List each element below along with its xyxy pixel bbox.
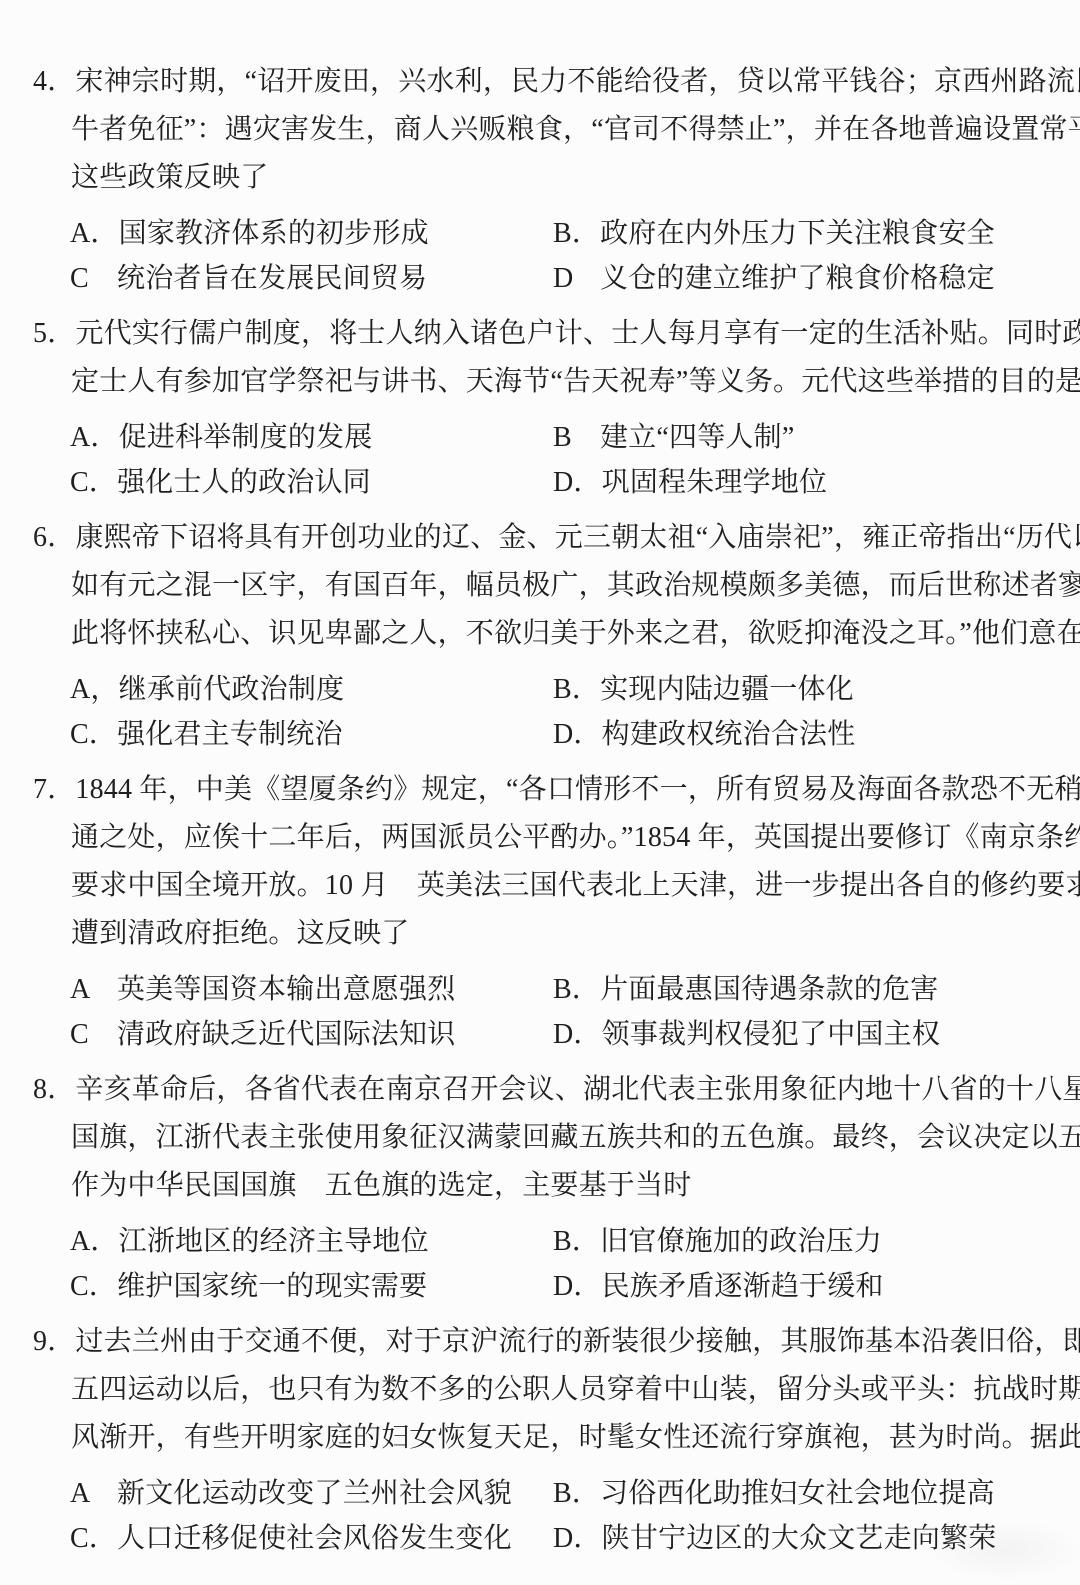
option-row: C统治者旨在发展民间贸易D义仓的建立维护了粮食价格稳定 bbox=[33, 253, 1052, 298]
option-B: B．旧官僚施加的政治压力 bbox=[553, 1219, 882, 1259]
option-label: D． bbox=[553, 1264, 602, 1304]
option-text: 人口迁移促使社会风俗发生变化 bbox=[117, 1523, 512, 1554]
option-row: A，继承前代政治制度B．实现内陆边疆一体化 bbox=[33, 664, 1052, 709]
question-stem-line: 7．1844 年，中美《望厦条约》规定，“各口情形不一，所有贸易及海面各款恐不无… bbox=[33, 766, 1052, 814]
option-C: C．强化士人的政治认同 bbox=[70, 460, 553, 500]
option-label: C bbox=[70, 263, 117, 295]
option-text: 建立“四等人制” bbox=[600, 422, 794, 453]
option-label: C． bbox=[70, 460, 117, 500]
option-label: D． bbox=[553, 1516, 602, 1556]
option-row: A．促进科举制度的发展B建立“四等人制” bbox=[33, 412, 1052, 457]
option-text: 习俗西化助推妇女社会地位提高 bbox=[600, 1478, 995, 1509]
question-9: 9．过去兰州由于交通不便，对于京沪流行的新装很少接触，其服饰基本沿袭旧俗，即使在… bbox=[33, 1318, 1052, 1558]
option-D: D．民族矛盾逐渐趋于缓和 bbox=[553, 1264, 884, 1304]
option-B: B建立“四等人制” bbox=[553, 415, 794, 455]
option-row: C．强化士人的政治认同D．巩固程朱理学地位 bbox=[33, 457, 1052, 502]
question-4: 4．宋神宗时期，“诏开废田，兴水利，民力不能给役者，贷以常平钱谷；京西州路流民买… bbox=[33, 58, 1052, 298]
question-stem-line: 如有元之混一区宇，有国百年，幅员极广，其政治规模颇多美德，而后世称述者寥寥…… bbox=[33, 562, 1052, 610]
exam-page: 4．宋神宗时期，“诏开废田，兴水利，民力不能给役者，贷以常平钱谷；京西州路流民买… bbox=[0, 0, 1080, 1585]
option-row: A新文化运动改变了兰州社会风貌B．习俗西化助推妇女社会地位提高 bbox=[33, 1468, 1052, 1513]
option-D: D．领事裁判权侵犯了中国主权 bbox=[553, 1012, 940, 1052]
question-stem-line: 6．康熙帝下诏将具有开创功业的辽、金、元三朝太祖“入庙崇祀”，雍正帝指出“历代以… bbox=[33, 514, 1052, 562]
option-D: D．构建政权统治合法性 bbox=[553, 712, 855, 752]
question-stem-line: 4．宋神宗时期，“诏开废田，兴水利，民力不能给役者，贷以常平钱谷；京西州路流民买… bbox=[33, 58, 1052, 106]
option-A: A．国家教济体系的初步形成 bbox=[70, 211, 553, 251]
option-B: B．片面最惠国待遇条款的危害 bbox=[553, 967, 938, 1007]
question-stem-line: 五四运动以后，也只有为数不多的公职人员穿着中山装，留分头或平头：抗战时期，民 bbox=[33, 1366, 1052, 1414]
option-text: 旧官僚施加的政治压力 bbox=[600, 1226, 882, 1257]
question-stem-line: 这些政策反映了 bbox=[33, 154, 1052, 202]
option-label: B bbox=[553, 422, 600, 454]
question-stem-line: 9．过去兰州由于交通不便，对于京沪流行的新装很少接触，其服饰基本沿袭旧俗，即使在 bbox=[33, 1318, 1052, 1366]
option-text: 清政府缺乏近代国际法知识 bbox=[117, 1019, 455, 1050]
option-label: A， bbox=[70, 667, 119, 707]
option-text: 江浙地区的经济主导地位 bbox=[119, 1226, 429, 1257]
option-text: 统治者旨在发展民间贸易 bbox=[117, 263, 427, 294]
question-stem-text: 1844 年，中美《望厦条约》规定，“各口情形不一，所有贸易及海面各款恐不无稍有… bbox=[75, 774, 1080, 805]
question-number: 9． bbox=[33, 1318, 75, 1366]
option-text: 巩固程朱理学地位 bbox=[602, 467, 828, 498]
question-number: 7． bbox=[33, 766, 75, 814]
options-group: A．促进科举制度的发展B建立“四等人制”C．强化士人的政治认同D．巩固程朱理学地… bbox=[33, 412, 1052, 502]
option-A: A新文化运动改变了兰州社会风貌 bbox=[70, 1471, 553, 1511]
option-row: C．维护国家统一的现实需要D．民族矛盾逐渐趋于缓和 bbox=[33, 1261, 1052, 1306]
option-row: C．强化君主专制统治D．构建政权统治合法性 bbox=[33, 709, 1052, 754]
option-label: D． bbox=[553, 460, 602, 500]
question-number: 8． bbox=[33, 1066, 75, 1114]
question-number: 4． bbox=[33, 58, 75, 106]
question-stem-text: 宋神宗时期，“诏开废田，兴水利，民力不能给役者，贷以常平钱谷；京西州路流民买耕 bbox=[75, 66, 1080, 97]
question-stem-line: 牛者免征”：遇灾害发生，商人兴贩粮食，“官司不得禁止”，并在各地普遍设置常平仓， bbox=[33, 106, 1052, 154]
option-text: 继承前代政治制度 bbox=[119, 674, 345, 705]
option-label: D． bbox=[553, 712, 602, 752]
question-stem-line: 此将怀挟私心、识见卑鄙之人，不欲归美于外来之君，欲贬抑淹没之耳。”他们意在 bbox=[33, 610, 1052, 658]
option-text: 强化君主专制统治 bbox=[117, 719, 343, 750]
option-row: C清政府缺乏近代国际法知识D．领事裁判权侵犯了中国主权 bbox=[33, 1009, 1052, 1054]
option-row: A．国家教济体系的初步形成B．政府在内外压力下关注粮食安全 bbox=[33, 208, 1052, 253]
question-5: 5．元代实行儒户制度，将士人纳入诸色户计、士人每月享有一定的生活补贴。同时政府规… bbox=[33, 310, 1052, 502]
option-C: C清政府缺乏近代国际法知识 bbox=[70, 1012, 553, 1052]
question-stem-line: 5．元代实行儒户制度，将士人纳入诸色户计、士人每月享有一定的生活补贴。同时政府规 bbox=[33, 310, 1052, 358]
question-stem-text: 元代实行儒户制度，将士人纳入诸色户计、士人每月享有一定的生活补贴。同时政府规 bbox=[75, 318, 1080, 349]
option-A: A．江浙地区的经济主导地位 bbox=[70, 1219, 553, 1259]
question-6: 6．康熙帝下诏将具有开创功业的辽、金、元三朝太祖“入庙崇祀”，雍正帝指出“历代以… bbox=[33, 514, 1052, 754]
option-text: 构建政权统治合法性 bbox=[602, 719, 856, 750]
question-stem-text: 康熙帝下诏将具有开创功业的辽、金、元三朝太祖“入庙崇祀”，雍正帝指出“历代以来， bbox=[75, 522, 1080, 553]
option-label: D bbox=[553, 263, 600, 295]
question-list: 4．宋神宗时期，“诏开废田，兴水利，民力不能给役者，贷以常平钱谷；京西州路流民买… bbox=[33, 58, 1052, 1558]
question-8: 8．辛亥革命后，各省代表在南京召开会议、湖北代表主张用象征内地十八省的十八星旗作… bbox=[33, 1066, 1052, 1306]
option-label: A． bbox=[70, 211, 119, 251]
option-text: 民族矛盾逐渐趋于缓和 bbox=[602, 1271, 884, 1302]
option-label: C bbox=[70, 1019, 117, 1051]
question-stem-text: 辛亥革命后，各省代表在南京召开会议、湖北代表主张用象征内地十八省的十八星旗作为 bbox=[75, 1074, 1080, 1105]
option-text: 新文化运动改变了兰州社会风貌 bbox=[117, 1478, 512, 1509]
options-group: A．国家教济体系的初步形成B．政府在内外压力下关注粮食安全C统治者旨在发展民间贸… bbox=[33, 208, 1052, 298]
option-text: 维护国家统一的现实需要 bbox=[117, 1271, 427, 1302]
option-label: B． bbox=[553, 1471, 600, 1511]
option-A: A．促进科举制度的发展 bbox=[70, 415, 553, 455]
options-group: A新文化运动改变了兰州社会风貌B．习俗西化助推妇女社会地位提高C．人口迁移促使社… bbox=[33, 1468, 1052, 1558]
question-stem-line: 通之处，应俟十二年后，两国派员公平酌办。”1854 年，英国提出要修订《南京条约… bbox=[33, 814, 1052, 862]
option-text: 实现内陆边疆一体化 bbox=[600, 674, 854, 705]
option-label: A． bbox=[70, 1219, 119, 1259]
option-row: C．人口迁移促使社会风俗发生变化D．陕甘宁边区的大众文艺走向繁荣 bbox=[33, 1513, 1052, 1558]
question-stem-line: 定士人有参加官学祭祀与讲书、天海节“告天祝寿”等义务。元代这些举措的目的是 bbox=[33, 358, 1052, 406]
option-C: C．维护国家统一的现实需要 bbox=[70, 1264, 553, 1304]
option-label: B． bbox=[553, 967, 600, 1007]
options-group: A．江浙地区的经济主导地位B．旧官僚施加的政治压力C．维护国家统一的现实需要D．… bbox=[33, 1216, 1052, 1306]
options-group: A，继承前代政治制度B．实现内陆边疆一体化C．强化君主专制统治D．构建政权统治合… bbox=[33, 664, 1052, 754]
option-B: B．实现内陆边疆一体化 bbox=[553, 667, 854, 707]
option-A: A英美等国资本输出意愿强烈 bbox=[70, 967, 553, 1007]
option-text: 领事裁判权侵犯了中国主权 bbox=[602, 1019, 940, 1050]
option-text: 英美等国资本输出意愿强烈 bbox=[117, 974, 455, 1005]
options-group: A英美等国资本输出意愿强烈B．片面最惠国待遇条款的危害C清政府缺乏近代国际法知识… bbox=[33, 964, 1052, 1054]
option-label: B． bbox=[553, 1219, 600, 1259]
option-D: D．巩固程朱理学地位 bbox=[553, 460, 827, 500]
option-label: C． bbox=[70, 1516, 117, 1556]
question-stem-line: 作为中华民国国旗 五色旗的选定，主要基于当时 bbox=[33, 1162, 1052, 1210]
option-label: A bbox=[70, 1478, 117, 1510]
question-number: 6． bbox=[33, 514, 75, 562]
option-label: A bbox=[70, 974, 117, 1006]
question-stem-line: 遭到清政府拒绝。这反映了 bbox=[33, 910, 1052, 958]
option-C: C．强化君主专制统治 bbox=[70, 712, 553, 752]
option-row: A．江浙地区的经济主导地位B．旧官僚施加的政治压力 bbox=[33, 1216, 1052, 1261]
question-stem-text: 过去兰州由于交通不便，对于京沪流行的新装很少接触，其服饰基本沿袭旧俗，即使在 bbox=[75, 1326, 1080, 1357]
question-7: 7．1844 年，中美《望厦条约》规定，“各口情形不一，所有贸易及海面各款恐不无… bbox=[33, 766, 1052, 1054]
option-C: C统治者旨在发展民间贸易 bbox=[70, 256, 553, 296]
option-A: A，继承前代政治制度 bbox=[70, 667, 553, 707]
question-stem-line: 国旗，江浙代表主张使用象征汉满蒙回藏五族共和的五色旗。最终，会议决定以五色旗 bbox=[33, 1114, 1052, 1162]
question-number: 5． bbox=[33, 310, 75, 358]
option-text: 国家教济体系的初步形成 bbox=[119, 218, 429, 249]
option-text: 陕甘宁边区的大众文艺走向繁荣 bbox=[602, 1523, 997, 1554]
option-label: B． bbox=[553, 211, 600, 251]
question-stem-line: 要求中国全境开放。10 月 英美法三国代表北上天津，进一步提出各自的修约要求 bbox=[33, 862, 1052, 910]
question-stem-line: 风渐开，有些开明家庭的妇女恢复天足，时髦女性还流行穿旗袍，甚为时尚。据此可知 bbox=[33, 1414, 1052, 1462]
option-D: D．陕甘宁边区的大众文艺走向繁荣 bbox=[553, 1516, 996, 1556]
option-label: A． bbox=[70, 415, 119, 455]
option-label: C． bbox=[70, 712, 117, 752]
option-label: B． bbox=[553, 667, 600, 707]
option-text: 强化士人的政治认同 bbox=[117, 467, 371, 498]
option-label: D． bbox=[553, 1012, 602, 1052]
option-label: C． bbox=[70, 1264, 117, 1304]
option-B: B．政府在内外压力下关注粮食安全 bbox=[553, 211, 995, 251]
option-text: 政府在内外压力下关注粮食安全 bbox=[600, 218, 995, 249]
option-C: C．人口迁移促使社会风俗发生变化 bbox=[70, 1516, 553, 1556]
question-stem-line: 8．辛亥革命后，各省代表在南京召开会议、湖北代表主张用象征内地十八省的十八星旗作… bbox=[33, 1066, 1052, 1114]
option-D: D义仓的建立维护了粮食价格稳定 bbox=[553, 256, 995, 296]
option-row: A英美等国资本输出意愿强烈B．片面最惠国待遇条款的危害 bbox=[33, 964, 1052, 1009]
option-text: 义仓的建立维护了粮食价格稳定 bbox=[600, 263, 995, 294]
option-text: 促进科举制度的发展 bbox=[119, 422, 373, 453]
option-B: B．习俗西化助推妇女社会地位提高 bbox=[553, 1471, 995, 1511]
option-text: 片面最惠国待遇条款的危害 bbox=[600, 974, 938, 1005]
